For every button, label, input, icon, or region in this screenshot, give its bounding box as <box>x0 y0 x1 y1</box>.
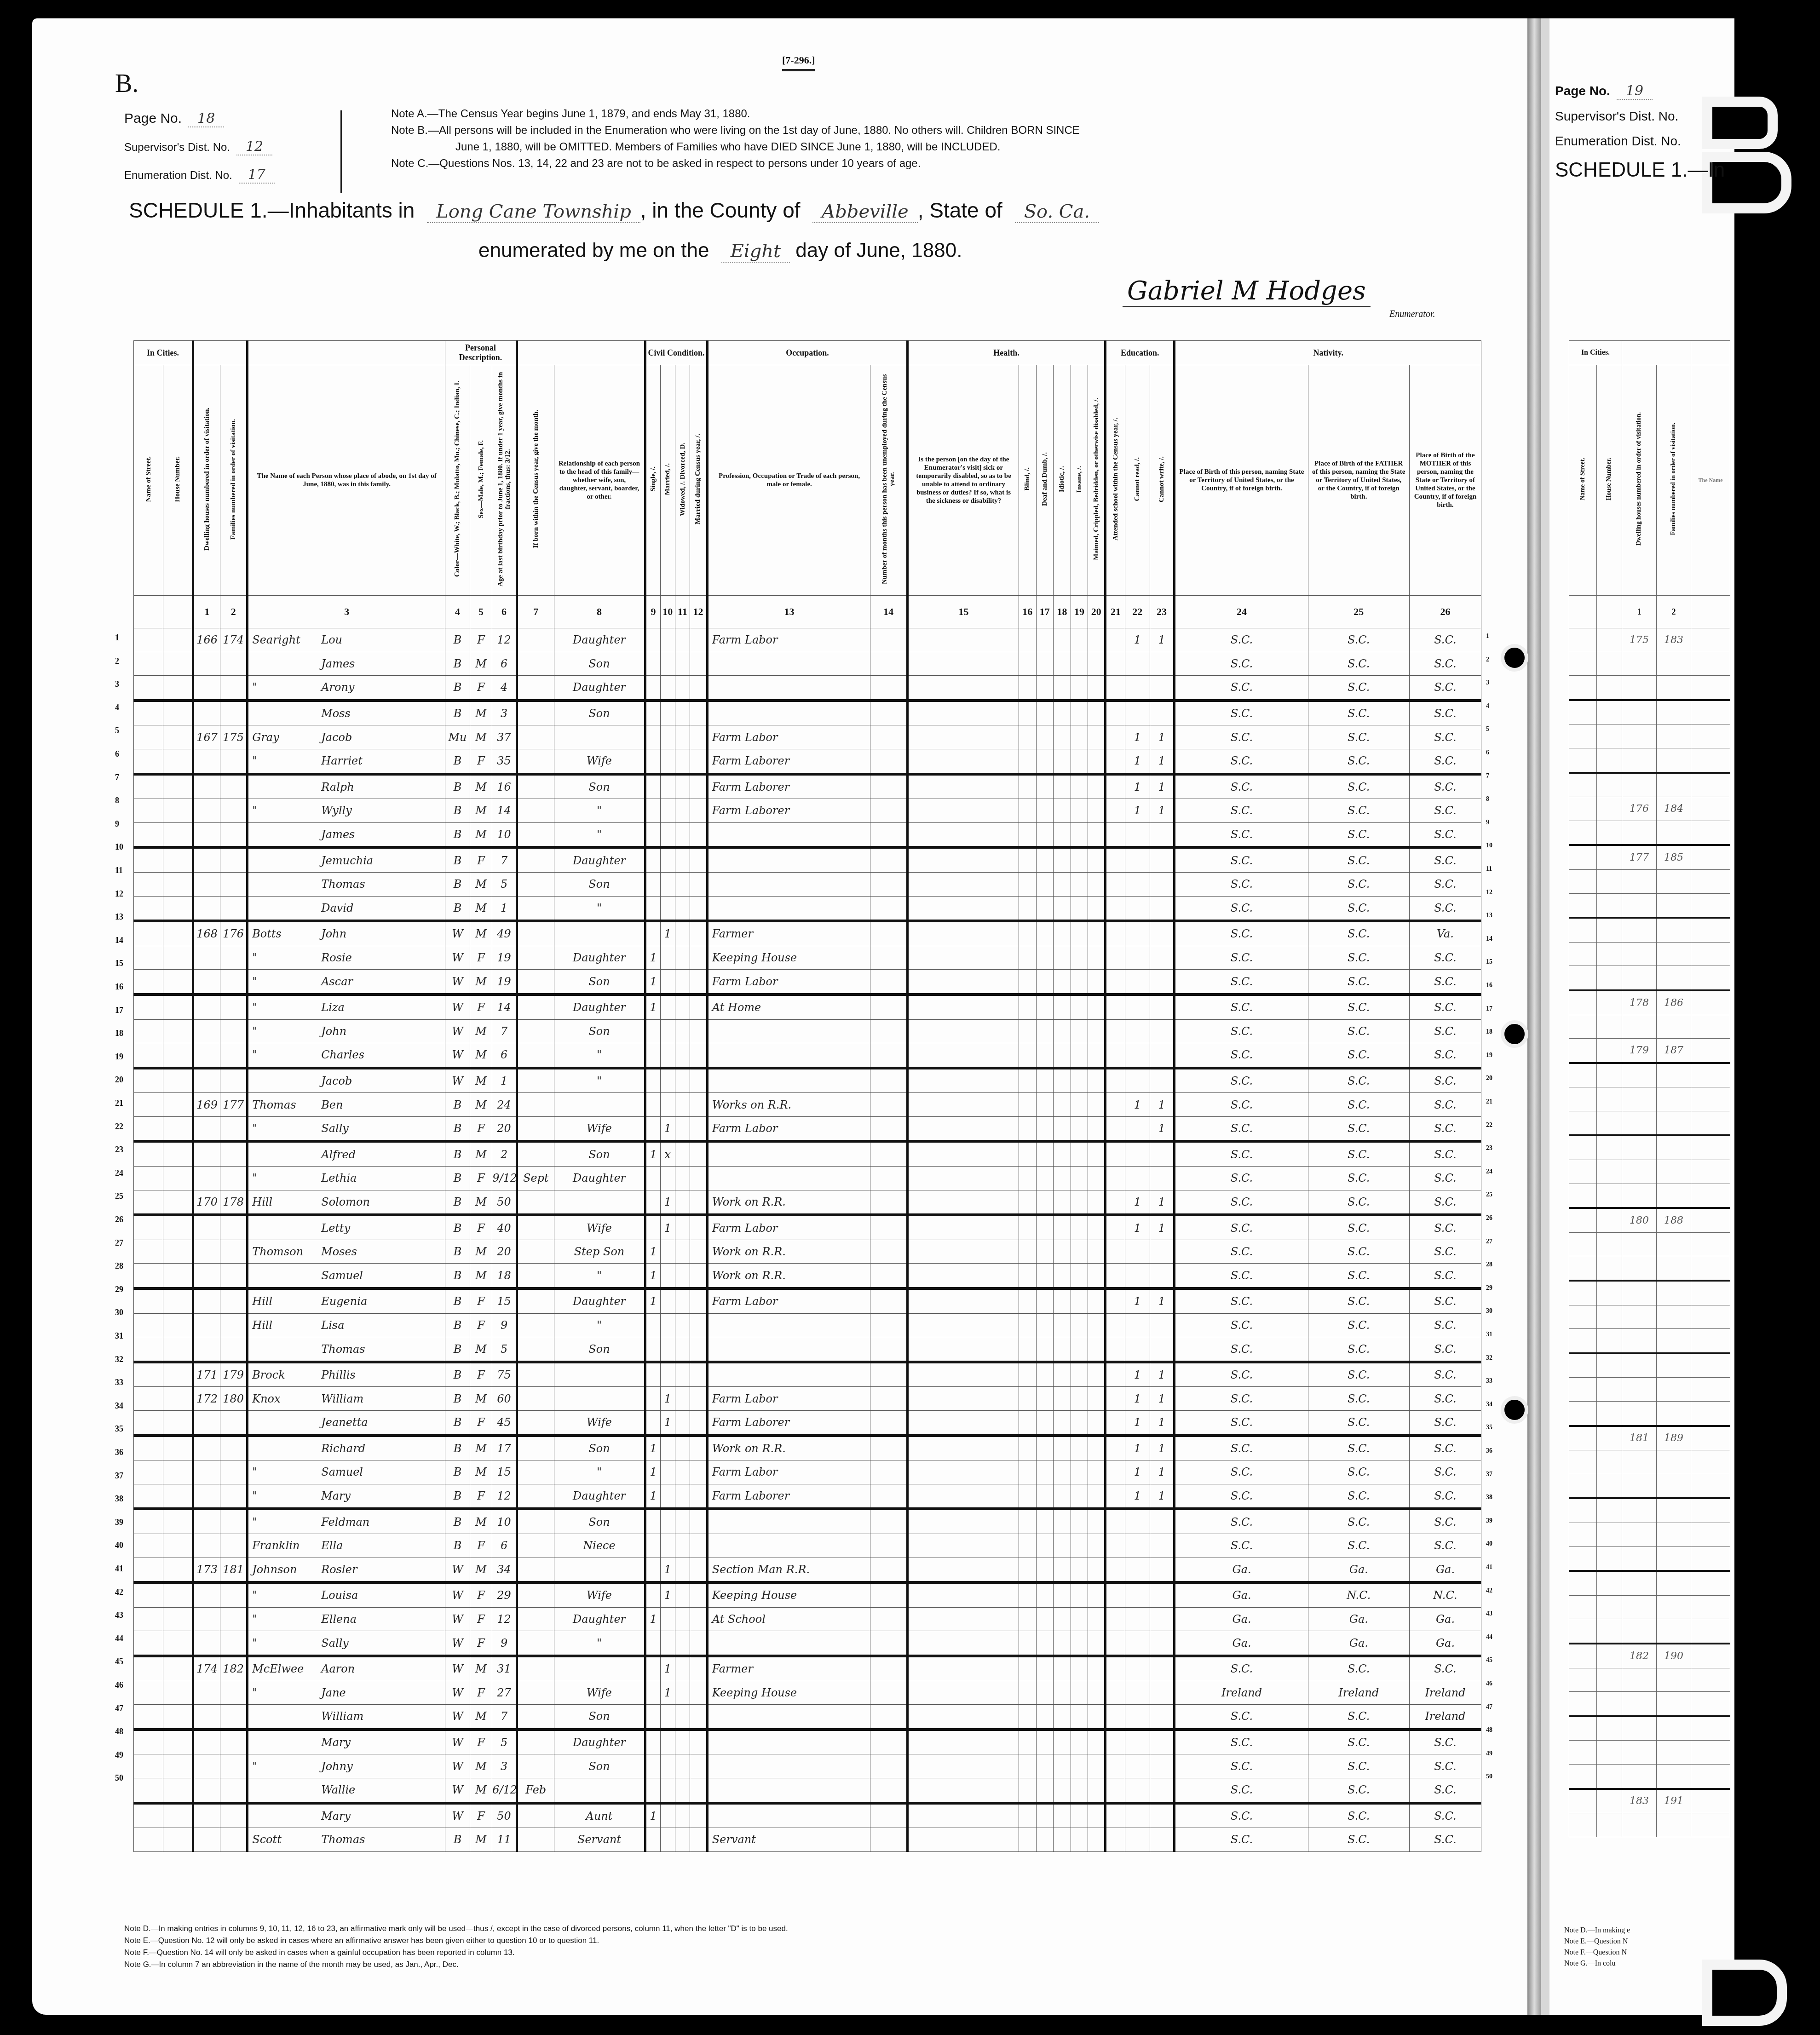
sickness-cell <box>908 1362 1019 1387</box>
birthplace-cell: S.C. <box>1175 1093 1308 1117</box>
cannot-read-cell <box>1125 1264 1150 1288</box>
house-cell <box>163 1436 193 1460</box>
row-number-right: 33 <box>1486 1378 1492 1385</box>
right-fam-cell <box>1657 1546 1691 1571</box>
insane-cell <box>1071 1240 1088 1264</box>
married-census-year-cell <box>690 725 708 749</box>
cannot-write-cell <box>1150 652 1175 676</box>
cannot-read-cell: 1 <box>1125 1484 1150 1509</box>
idiotic-cell <box>1054 1582 1071 1607</box>
birth-month-cell <box>517 1705 554 1730</box>
married-census-year-cell <box>690 1141 708 1166</box>
row-number-left: 36 <box>115 1448 123 1457</box>
row-number-left: 13 <box>115 912 123 922</box>
single-cell <box>645 1534 660 1558</box>
row-number-left: 10 <box>115 842 123 852</box>
col-num-22: 22 <box>1125 596 1150 628</box>
right-fam-cell: 184 <box>1657 797 1691 821</box>
cannot-read-cell: 1 <box>1125 1215 1150 1240</box>
right-dw-cell <box>1622 700 1657 724</box>
street-cell <box>134 1436 163 1460</box>
house-cell <box>163 1534 193 1558</box>
person-name-cell: HillLisa <box>248 1313 445 1337</box>
mother-birthplace-cell: Ga. <box>1409 1631 1481 1656</box>
dwelling-number-cell <box>193 1436 220 1460</box>
married-cell <box>660 1337 675 1362</box>
relationship-cell <box>554 1558 645 1582</box>
note-f: Note F.—Question No. 14 will only be ask… <box>124 1947 788 1959</box>
widowed-cell <box>675 1337 690 1362</box>
single-cell <box>645 701 660 725</box>
mother-birthplace-cell: S.C. <box>1409 970 1481 995</box>
house-cell <box>163 1264 193 1288</box>
blind-cell <box>1019 1116 1036 1141</box>
deaf-dumb-cell <box>1036 1607 1054 1631</box>
family-number-cell <box>220 872 248 896</box>
insane-cell <box>1071 799 1088 823</box>
sex-cell: M <box>470 970 492 995</box>
attended-school-cell <box>1105 1411 1125 1436</box>
person-name-cell: GrayJacob <box>248 725 445 749</box>
deaf-dumb-cell <box>1036 1141 1054 1166</box>
table-row: "JohnyWM3SonS.C.S.C.S.C. <box>134 1754 1481 1778</box>
idiotic-cell <box>1054 1828 1071 1852</box>
birth-month-cell <box>517 628 554 652</box>
married-cell <box>660 774 675 799</box>
father-birthplace-cell: S.C. <box>1308 1019 1409 1043</box>
house-cell <box>163 1167 193 1190</box>
mother-birthplace-cell: Va. <box>1409 921 1481 946</box>
married-cell: 1 <box>660 1656 675 1681</box>
relationship-cell: Servant <box>554 1828 645 1852</box>
given-name: Mary <box>321 1736 351 1749</box>
sickness-cell <box>908 1778 1019 1803</box>
row-number-left: 23 <box>115 1145 123 1155</box>
birthplace-cell: S.C. <box>1175 1190 1308 1215</box>
right-name-cell <box>1691 1764 1730 1788</box>
dwelling-number-cell <box>193 1116 220 1141</box>
widowed-cell <box>675 1778 690 1803</box>
unemployed-cell <box>870 1534 908 1558</box>
right-house-cell <box>1597 966 1622 990</box>
right-table-row <box>1569 1595 1730 1619</box>
insane-cell <box>1071 1582 1088 1607</box>
right-street-cell <box>1569 1595 1597 1619</box>
dwelling-number-cell <box>193 1803 220 1828</box>
right-dw-cell <box>1622 821 1657 845</box>
dwelling-number-cell <box>193 1778 220 1803</box>
right-num-house <box>1597 596 1622 628</box>
deaf-dumb-cell <box>1036 1167 1054 1190</box>
maimed-cell <box>1088 1803 1106 1828</box>
right-fam-cell <box>1657 1498 1691 1523</box>
married-cell <box>660 1705 675 1730</box>
deaf-dumb-cell <box>1036 774 1054 799</box>
group-blank-name <box>248 341 445 365</box>
street-cell <box>134 847 163 872</box>
col-dwelling: Dwelling houses numbered in order of vis… <box>193 365 220 596</box>
right-table-row: 179187 <box>1569 1039 1730 1063</box>
relationship-cell: " <box>554 799 645 823</box>
widowed-cell <box>675 1043 690 1068</box>
surname: " <box>252 1172 321 1184</box>
sex-cell: F <box>470 1803 492 1828</box>
maimed-cell <box>1088 1705 1106 1730</box>
cannot-write-cell: 1 <box>1150 1190 1175 1215</box>
right-page-header: Page No.19 Supervisor's Dist. No. Enumer… <box>1555 83 1725 182</box>
father-birthplace-cell: S.C. <box>1308 1337 1409 1362</box>
age-cell: 27 <box>492 1681 517 1705</box>
col-house: House Number. <box>163 365 193 596</box>
row-number-right: 43 <box>1486 1610 1492 1618</box>
dwelling-number-cell: 173 <box>193 1558 220 1582</box>
relationship-cell: Wife <box>554 1681 645 1705</box>
sex-cell: M <box>470 822 492 847</box>
color-cell: W <box>445 995 470 1019</box>
cannot-read-cell <box>1125 1730 1150 1754</box>
table-row: HillLisaBF9"S.C.S.C.S.C. <box>134 1313 1481 1337</box>
cannot-read-cell <box>1125 995 1150 1019</box>
right-table-row <box>1569 869 1730 893</box>
surname: " <box>252 681 321 694</box>
person-name-cell: Alfred <box>248 1141 445 1166</box>
unemployed-cell <box>870 1411 908 1436</box>
mother-birthplace-cell: S.C. <box>1409 896 1481 921</box>
relationship-cell: " <box>554 1631 645 1656</box>
widowed-cell <box>675 1558 690 1582</box>
married-census-year-cell <box>690 872 708 896</box>
age-cell: 5 <box>492 1730 517 1754</box>
father-birthplace-cell: S.C. <box>1308 896 1409 921</box>
single-cell: 1 <box>645 1460 660 1484</box>
insane-cell <box>1071 1558 1088 1582</box>
blind-cell <box>1019 1631 1036 1656</box>
single-cell <box>645 1828 660 1852</box>
house-cell <box>163 1387 193 1411</box>
house-cell <box>163 1411 193 1436</box>
idiotic-cell <box>1054 995 1071 1019</box>
color-cell: W <box>445 921 470 946</box>
right-house-cell <box>1597 1184 1622 1208</box>
enumeration-day-value: Eight <box>721 241 790 263</box>
idiotic-cell <box>1054 1509 1071 1534</box>
col-name: The Name of each Person whose place of a… <box>248 365 445 596</box>
dwelling-number-cell <box>193 872 220 896</box>
house-cell <box>163 995 193 1019</box>
father-birthplace-cell: S.C. <box>1308 1167 1409 1190</box>
color-cell: B <box>445 1436 470 1460</box>
row-number-left: 48 <box>115 1727 123 1736</box>
right-fam-cell <box>1657 1184 1691 1208</box>
color-cell: B <box>445 749 470 774</box>
col-num-13: 13 <box>707 596 870 628</box>
single-cell: 1 <box>645 1607 660 1631</box>
birth-month-cell <box>517 1803 554 1828</box>
surname: Franklin <box>252 1539 321 1552</box>
maimed-cell <box>1088 774 1106 799</box>
single-cell <box>645 1631 660 1656</box>
father-birthplace-cell: S.C. <box>1308 1264 1409 1288</box>
right-name-cell <box>1691 1039 1730 1063</box>
cannot-write-cell <box>1150 872 1175 896</box>
idiotic-cell <box>1054 921 1071 946</box>
attended-school-cell <box>1105 1460 1125 1484</box>
birthplace-cell: S.C. <box>1175 1288 1308 1313</box>
color-cell: B <box>445 774 470 799</box>
right-name-cell <box>1691 700 1730 724</box>
col-num-18: 18 <box>1054 596 1071 628</box>
census-rows: 166174SearightLouBF12DaughterFarm Labor1… <box>134 628 1481 1852</box>
idiotic-cell <box>1054 1215 1071 1240</box>
cannot-write-cell <box>1150 676 1175 701</box>
right-name-cell <box>1691 869 1730 893</box>
mother-birthplace-cell: S.C. <box>1409 749 1481 774</box>
age-cell: 20 <box>492 1240 517 1264</box>
right-table-row <box>1569 1546 1730 1571</box>
group-nativity: Nativity. <box>1175 341 1481 365</box>
right-street-cell <box>1569 845 1597 869</box>
mother-birthplace-cell: N.C. <box>1409 1582 1481 1607</box>
sex-cell: M <box>470 1460 492 1484</box>
unemployed-cell <box>870 1705 908 1730</box>
unemployed-cell <box>870 1093 908 1117</box>
married-cell <box>660 749 675 774</box>
married-census-year-cell <box>690 1534 708 1558</box>
single-cell <box>645 1337 660 1362</box>
right-table-row <box>1569 918 1730 942</box>
row-number-left: 40 <box>115 1541 123 1550</box>
right-fam-cell <box>1657 869 1691 893</box>
right-dw-cell: 180 <box>1622 1208 1657 1232</box>
cannot-read-cell <box>1125 970 1150 995</box>
family-number-cell <box>220 1828 248 1852</box>
row-number-right: 32 <box>1486 1355 1492 1362</box>
relationship-cell: Daughter <box>554 995 645 1019</box>
unemployed-cell <box>870 970 908 995</box>
street-cell <box>134 1093 163 1117</box>
surname: " <box>252 1516 321 1529</box>
sex-cell: M <box>470 1387 492 1411</box>
married-census-year-cell <box>690 1509 708 1534</box>
surname: " <box>252 1025 321 1038</box>
unemployed-cell <box>870 628 908 652</box>
idiotic-cell <box>1054 1534 1071 1558</box>
deaf-dumb-cell <box>1036 1460 1054 1484</box>
occupation-cell <box>707 652 870 676</box>
mother-birthplace-cell: S.C. <box>1409 1019 1481 1043</box>
father-birthplace-cell: S.C. <box>1308 1656 1409 1681</box>
family-number-cell <box>220 799 248 823</box>
right-street-cell <box>1569 1015 1597 1039</box>
right-fam-cell: 191 <box>1657 1789 1691 1813</box>
table-row: "JaneWF27Wife1Keeping HouseIrelandIrelan… <box>134 1681 1481 1705</box>
occupation-cell: Farm Labor <box>707 1288 870 1313</box>
married-census-year-cell <box>690 701 708 725</box>
widowed-cell <box>675 1607 690 1631</box>
maimed-cell <box>1088 1681 1106 1705</box>
deaf-dumb-cell <box>1036 701 1054 725</box>
right-table-row <box>1569 1184 1730 1208</box>
surname: Thomas <box>252 1098 321 1111</box>
right-name-cell <box>1691 1692 1730 1716</box>
sickness-cell <box>908 1411 1019 1436</box>
age-cell: 75 <box>492 1362 517 1387</box>
right-group-in-cities: In Cities. <box>1569 341 1622 365</box>
age-cell: 6/12 <box>492 1778 517 1803</box>
row-number-right: 21 <box>1486 1098 1492 1106</box>
right-dw-cell: 182 <box>1622 1644 1657 1668</box>
insane-cell <box>1071 1093 1088 1117</box>
occupation-cell: Farm Laborer <box>707 799 870 823</box>
person-name-cell: FranklinElla <box>248 1534 445 1558</box>
married-cell <box>660 1631 675 1656</box>
color-cell: B <box>445 847 470 872</box>
dwelling-number-cell <box>193 1460 220 1484</box>
right-street-cell <box>1569 1135 1597 1160</box>
mother-birthplace-cell: Ireland <box>1409 1705 1481 1730</box>
birthplace-cell: S.C. <box>1175 872 1308 896</box>
col-married: Married, /. <box>660 365 675 596</box>
father-birthplace-cell: Ga. <box>1308 1607 1409 1631</box>
mother-birthplace-cell: S.C. <box>1409 1778 1481 1803</box>
widowed-cell <box>675 1264 690 1288</box>
married-cell: 1 <box>660 1190 675 1215</box>
relationship-cell: Son <box>554 1019 645 1043</box>
right-fam-cell <box>1657 1741 1691 1765</box>
maimed-cell <box>1088 1167 1106 1190</box>
given-name: Phillis <box>321 1368 356 1381</box>
married-cell <box>660 1019 675 1043</box>
maimed-cell <box>1088 1240 1106 1264</box>
attended-school-cell <box>1105 995 1125 1019</box>
right-street-cell <box>1569 1498 1597 1523</box>
unemployed-cell <box>870 1387 908 1411</box>
row-number-left: 18 <box>115 1029 123 1038</box>
col-age: Age at last birthday prior to June 1, 18… <box>492 365 517 596</box>
family-number-cell <box>220 1631 248 1656</box>
binder-clip-bottom <box>1702 1960 1787 2026</box>
occupation-cell <box>707 822 870 847</box>
deaf-dumb-cell <box>1036 1116 1054 1141</box>
row-number-left: 22 <box>115 1122 123 1132</box>
col-married-census-year: Married during Census year, /. <box>690 365 708 596</box>
insane-cell <box>1071 725 1088 749</box>
relationship-cell: Son <box>554 872 645 896</box>
house-cell <box>163 946 193 970</box>
given-name: Sally <box>321 1637 349 1650</box>
right-fam-cell <box>1657 748 1691 772</box>
color-cell: B <box>445 628 470 652</box>
birthplace-cell: S.C. <box>1175 921 1308 946</box>
age-cell: 18 <box>492 1264 517 1288</box>
father-birthplace-cell: S.C. <box>1308 1116 1409 1141</box>
row-number-left: 11 <box>115 866 123 875</box>
cannot-write-cell <box>1150 1582 1175 1607</box>
widowed-cell <box>675 1803 690 1828</box>
widowed-cell <box>675 1484 690 1509</box>
right-house-cell <box>1597 1305 1622 1329</box>
father-birthplace-cell: S.C. <box>1308 799 1409 823</box>
right-street-cell <box>1569 1232 1597 1256</box>
cannot-write-cell <box>1150 847 1175 872</box>
right-fam-cell <box>1657 1619 1691 1644</box>
given-name: Jeanetta <box>321 1416 368 1429</box>
blind-cell <box>1019 1288 1036 1313</box>
surname: Hill <box>252 1196 321 1208</box>
row-number-right: 17 <box>1486 1006 1492 1013</box>
district-info: Page No.18 Supervisor's Dist. No.12 Enum… <box>124 110 342 193</box>
cannot-read-cell <box>1125 1656 1150 1681</box>
maimed-cell <box>1088 1264 1106 1288</box>
mother-birthplace-cell: S.C. <box>1409 1167 1481 1190</box>
widowed-cell <box>675 1582 690 1607</box>
married-cell <box>660 1803 675 1828</box>
insane-cell <box>1071 652 1088 676</box>
cannot-write-cell <box>1150 1019 1175 1043</box>
insane-cell <box>1071 822 1088 847</box>
sickness-cell <box>908 1582 1019 1607</box>
dwelling-number-cell <box>193 1337 220 1362</box>
right-table-row <box>1569 1281 1730 1305</box>
idiotic-cell <box>1054 1778 1071 1803</box>
note-c: Note C.—Questions Nos. 13, 14, 22 and 23… <box>391 155 1426 172</box>
widowed-cell <box>675 1215 690 1240</box>
cannot-read-cell: 1 <box>1125 799 1150 823</box>
family-number-cell <box>220 1509 248 1534</box>
right-house-cell <box>1597 1644 1622 1668</box>
col-single: Single, /. <box>645 365 660 596</box>
relationship-cell <box>554 1387 645 1411</box>
right-street-cell <box>1569 1450 1597 1474</box>
dwelling-number-cell <box>193 1411 220 1436</box>
house-cell <box>163 1681 193 1705</box>
unemployed-cell <box>870 749 908 774</box>
right-dw-cell <box>1622 1741 1657 1765</box>
relationship-cell: Son <box>554 1436 645 1460</box>
cannot-write-cell: 1 <box>1150 1387 1175 1411</box>
unemployed-cell <box>870 1681 908 1705</box>
birth-month-cell <box>517 1484 554 1509</box>
mother-birthplace-cell: S.C. <box>1409 1460 1481 1484</box>
father-birthplace-cell: S.C. <box>1308 1313 1409 1337</box>
father-birthplace-cell: S.C. <box>1308 847 1409 872</box>
father-birthplace-cell: S.C. <box>1308 701 1409 725</box>
row-number-left: 7 <box>115 773 119 782</box>
given-name: Ralph <box>321 781 354 793</box>
sex-cell: M <box>470 1093 492 1117</box>
blind-cell <box>1019 1509 1036 1534</box>
unemployed-cell <box>870 1460 908 1484</box>
single-cell: 1 <box>645 1436 660 1460</box>
birth-month-cell <box>517 1116 554 1141</box>
family-number-cell <box>220 1068 248 1093</box>
person-name-cell: Jacob <box>248 1068 445 1093</box>
right-table-row <box>1569 1378 1730 1402</box>
table-row: MaryWF50Aunt1S.C.S.C.S.C. <box>134 1803 1481 1828</box>
right-house-cell <box>1597 1135 1622 1160</box>
table-row: MaryWF5DaughterS.C.S.C.S.C. <box>134 1730 1481 1754</box>
right-table-row: 181189 <box>1569 1426 1730 1450</box>
birthplace-cell: S.C. <box>1175 628 1308 652</box>
right-fam-cell <box>1657 1571 1691 1595</box>
occupation-cell: Keeping House <box>707 1681 870 1705</box>
right-street-cell <box>1569 821 1597 845</box>
insane-cell <box>1071 1484 1088 1509</box>
widowed-cell <box>675 1705 690 1730</box>
married-census-year-cell <box>690 995 708 1019</box>
relationship-cell: Daughter <box>554 1607 645 1631</box>
street-cell <box>134 1116 163 1141</box>
